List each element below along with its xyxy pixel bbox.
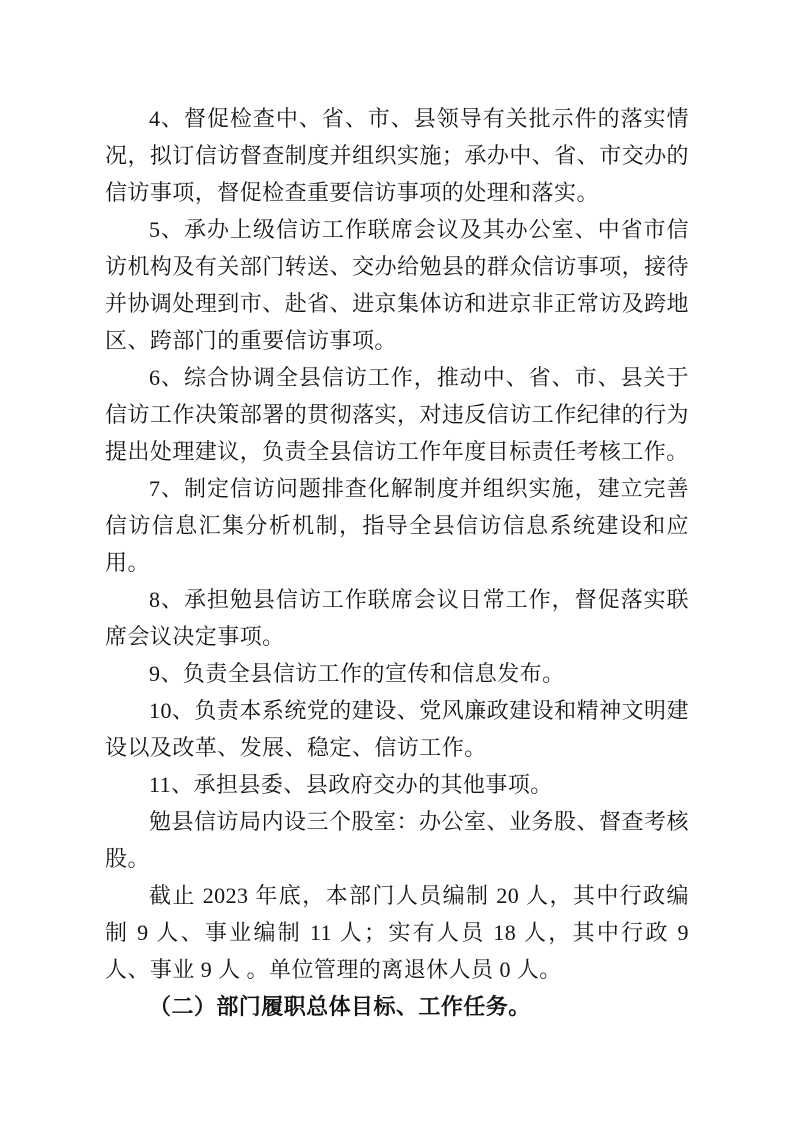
paragraph-duty-5: 5、承办上级信访工作联席会议及其办公室、中省市信访机构及有关部门转送、交办给勉县… bbox=[105, 211, 689, 359]
paragraph-duty-7: 7、制定信访问题排查化解制度并组织实施，建立完善信访信息汇集分析机制，指导全县信… bbox=[105, 470, 689, 581]
paragraph-duty-9: 9、负责全县信访工作的宣传和信息发布。 bbox=[105, 655, 689, 692]
paragraph-staffing: 截止 2023 年底，本部门人员编制 20 人，其中行政编制 9 人、事业编制 … bbox=[105, 877, 689, 988]
section-heading: （二）部门履职总体目标、工作任务。 bbox=[105, 988, 689, 1025]
document-page: 4、督促检查中、省、市、县领导有关批示件的落实情况，拟订信访督查制度并组织实施；… bbox=[0, 0, 793, 1122]
document-content: 4、督促检查中、省、市、县领导有关批示件的落实情况，拟订信访督查制度并组织实施；… bbox=[105, 100, 689, 1025]
paragraph-duty-6: 6、综合协调全县信访工作，推动中、省、市、县关于信访工作决策部署的贯彻落实，对违… bbox=[105, 359, 689, 470]
paragraph-duty-11: 11、承担县委、县政府交办的其他事项。 bbox=[105, 766, 689, 803]
paragraph-duty-8: 8、承担勉县信访工作联席会议日常工作，督促落实联席会议决定事项。 bbox=[105, 581, 689, 655]
paragraph-duty-4: 4、督促检查中、省、市、县领导有关批示件的落实情况，拟订信访督查制度并组织实施；… bbox=[105, 100, 689, 211]
paragraph-duty-10: 10、负责本系统党的建设、党风廉政建设和精神文明建设以及改革、发展、稳定、信访工… bbox=[105, 692, 689, 766]
paragraph-internal-offices: 勉县信访局内设三个股室：办公室、业务股、督查考核股。 bbox=[105, 803, 689, 877]
